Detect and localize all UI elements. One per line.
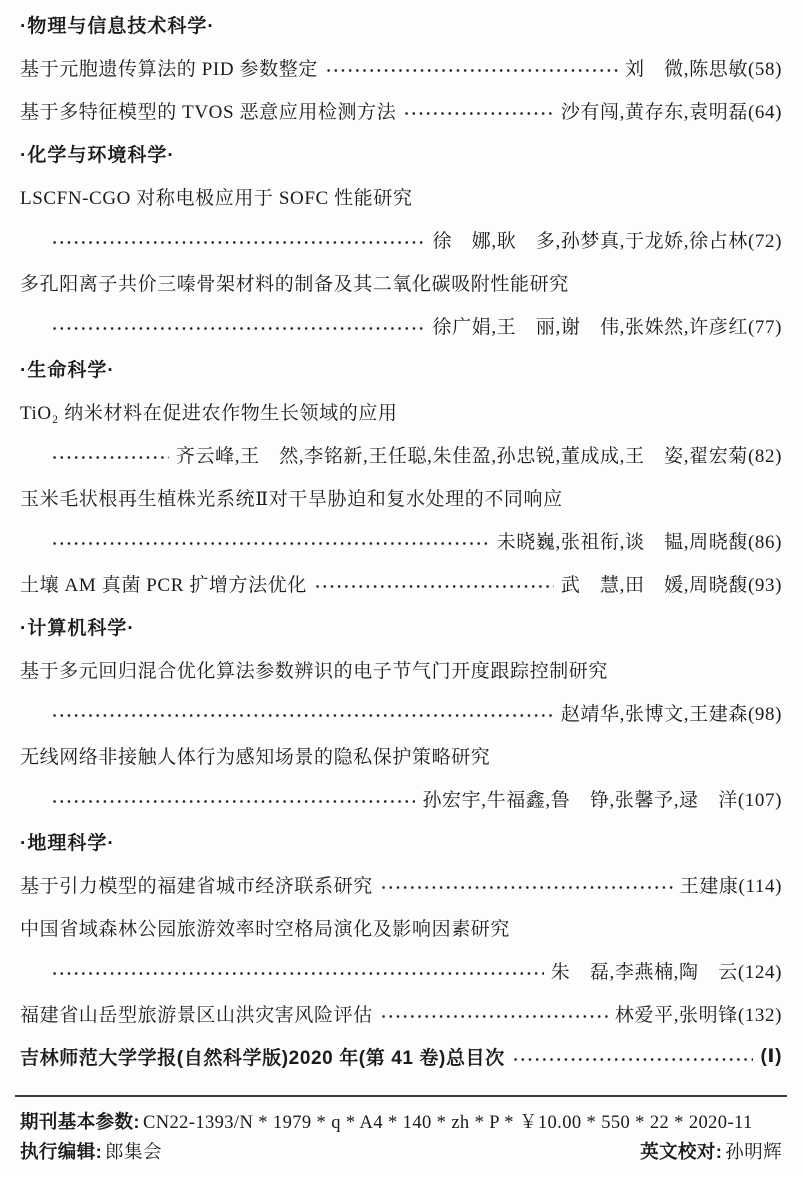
article-page-number: (64) — [748, 102, 782, 123]
section-chemistry-environment: ·化学与环境科学· — [20, 132, 782, 175]
article-title: 基于引力模型的福建省城市经济联系研究 — [20, 871, 373, 898]
editors-line: 执行编辑: 郎集会 英文校对: 孙明辉 — [20, 1136, 782, 1166]
article-byline: 林爱平,张明锋(132) — [615, 1000, 782, 1027]
article-authors: 刘 微,陈思敏 — [625, 59, 748, 80]
article-title: 玉米毛状根再生植株光系统Ⅱ对干旱胁迫和复水处理的不同响应 — [20, 484, 563, 511]
section-physics-info-tech: ·物理与信息技术科学· — [20, 3, 782, 46]
dot-leader — [51, 799, 415, 804]
journal-toc-page: ·物理与信息技术科学· 基于元胞遗传算法的 PID 参数整定 刘 微,陈思敏(5… — [0, 0, 802, 1166]
toc-entry-continuation: 徐广娟,王 丽,谢 伟,张姝然,许彦红(77) — [20, 304, 782, 347]
article-byline: 武 慧,田 媛,周晓馥(93) — [561, 570, 782, 597]
toc-entry: 福建省山岳型旅游景区山洪灾害风险评估 林爱平,张明锋(132) — [20, 992, 782, 1035]
article-authors: 未晓巍,张祖衔,谈 韫,周晓馥 — [497, 532, 748, 553]
article-title: 无线网络非接触人体行为感知场景的隐私保护策略研究 — [20, 742, 490, 769]
article-page-number: (124) — [738, 962, 782, 983]
article-authors: 徐 娜,耿 多,孙梦真,于龙娇,徐占林 — [433, 231, 748, 252]
article-title: 福建省山岳型旅游景区山洪灾害风险评估 — [20, 1000, 373, 1027]
article-authors: 林爱平,张明锋 — [615, 1005, 738, 1026]
toc-entry-continuation: 孙宏宇,牛福鑫,鲁 铮,张馨予,逯 洋(107) — [20, 777, 782, 820]
journal-params-line: 期刊基本参数: CN22-1393/N * 1979 * q * A4 * 14… — [20, 1106, 782, 1136]
english-proofreader-group: 英文校对: 孙明辉 — [640, 1138, 782, 1164]
article-title: TiO₂ 纳米材料在促进农作物生长领域的应用 — [20, 398, 398, 425]
section-life-science: ·生命科学· — [20, 347, 782, 390]
article-authors: 武 慧,田 媛,周晓馥 — [561, 575, 748, 596]
annual-toc-title: 吉林师范大学学报(自然科学版)2020 年(第 41 卷)总目次 — [20, 1043, 505, 1070]
article-authors: 徐广娟,王 丽,谢 伟,张姝然,许彦红 — [433, 317, 748, 338]
article-title: LSCFN-CGO 对称电极应用于 SOFC 性能研究 — [20, 183, 413, 210]
article-page-number: (77) — [748, 317, 782, 338]
toc-entry: 基于元胞遗传算法的 PID 参数整定 刘 微,陈思敏(58) — [20, 46, 782, 89]
english-proofreader-name: 孙明辉 — [725, 1138, 782, 1164]
toc-entry: 基于引力模型的福建省城市经济联系研究 王建康(114) — [20, 863, 782, 906]
dot-leader — [325, 68, 618, 73]
toc-entry: 土壤 AM 真菌 PCR 扩增方法优化 武 慧,田 媛,周晓馥(93) — [20, 562, 782, 605]
article-authors: 齐云峰,王 然,李铭新,王任聪,朱佳盈,孙忠锐,董成成,王 姿,翟宏菊 — [176, 446, 748, 467]
article-authors: 沙有闯,黄存东,袁明磊 — [561, 102, 748, 123]
article-byline: 刘 微,陈思敏(58) — [625, 54, 782, 81]
article-page-number: (86) — [748, 532, 782, 553]
journal-params-value: CN22-1393/N * 1979 * q * A4 * 140 * zh *… — [143, 1108, 753, 1134]
toc-entry-title: 中国省域森林公园旅游效率时空格局演化及影响因素研究 — [20, 906, 782, 949]
section-label: ·生命科学· — [20, 355, 115, 382]
section-computer-science: ·计算机科学· — [20, 605, 782, 648]
article-title: 基于元胞遗传算法的 PID 参数整定 — [20, 54, 318, 81]
article-authors: 朱 磊,李燕楠,陶 云 — [551, 962, 738, 983]
article-page-number: (114) — [739, 876, 782, 897]
section-label: ·化学与环境科学· — [20, 140, 175, 167]
article-page-number: (93) — [748, 575, 782, 596]
dot-leader — [51, 240, 426, 245]
section-label: ·计算机科学· — [20, 613, 135, 640]
executive-editor-label: 执行编辑: — [20, 1138, 102, 1164]
toc-entry-title: 基于多元回归混合优化算法参数辨识的电子节气门开度跟踪控制研究 — [20, 648, 782, 691]
article-byline: 赵靖华,张博文,王建森(98) — [561, 699, 782, 726]
article-page-number: (107) — [738, 790, 782, 811]
toc-entry-continuation: 朱 磊,李燕楠,陶 云(124) — [20, 949, 782, 992]
dot-leader — [314, 584, 554, 589]
annual-toc-entry: 吉林师范大学学报(自然科学版)2020 年(第 41 卷)总目次 (Ⅰ) — [20, 1035, 782, 1078]
article-authors: 赵靖华,张博文,王建森 — [561, 704, 748, 725]
toc-entry-title: LSCFN-CGO 对称电极应用于 SOFC 性能研究 — [20, 175, 782, 218]
toc-entry-title: TiO₂ 纳米材料在促进农作物生长领域的应用 — [20, 390, 782, 433]
article-page-number: (132) — [738, 1005, 782, 1026]
executive-editor-name: 郎集会 — [105, 1138, 162, 1164]
dot-leader — [51, 971, 544, 976]
article-authors: 孙宏宇,牛福鑫,鲁 铮,张馨予,逯 洋 — [422, 790, 737, 811]
annual-toc-page-number: (Ⅰ) — [760, 1045, 782, 1068]
article-page-number: (98) — [748, 704, 782, 725]
toc-entry-continuation: 赵靖华,张博文,王建森(98) — [20, 691, 782, 734]
section-label: ·物理与信息技术科学· — [20, 11, 215, 38]
dot-leader — [380, 1014, 608, 1019]
toc-entry: 基于多特征模型的 TVOS 恶意应用检测方法 沙有闯,黄存东,袁明磊(64) — [20, 89, 782, 132]
article-title: 中国省域森林公园旅游效率时空格局演化及影响因素研究 — [20, 914, 510, 941]
executive-editor-group: 执行编辑: 郎集会 — [20, 1138, 162, 1164]
section-geography: ·地理科学· — [20, 820, 782, 863]
toc-entry-continuation: 未晓巍,张祖衔,谈 韫,周晓馥(86) — [20, 519, 782, 562]
dot-leader — [512, 1057, 754, 1062]
dot-leader — [51, 326, 426, 331]
section-label: ·地理科学· — [20, 828, 115, 855]
article-byline: 沙有闯,黄存东,袁明磊(64) — [561, 97, 782, 124]
article-title: 多孔阳离子共价三嗪骨架材料的制备及其二氧化碳吸附性能研究 — [20, 269, 569, 296]
article-byline: 未晓巍,张祖衔,谈 韫,周晓馥(86) — [497, 527, 782, 554]
article-byline: 朱 磊,李燕楠,陶 云(124) — [551, 957, 782, 984]
toc-entry-continuation: 徐 娜,耿 多,孙梦真,于龙娇,徐占林(72) — [20, 218, 782, 261]
article-page-number: (58) — [748, 59, 782, 80]
article-byline: 王建康(114) — [680, 871, 782, 898]
dot-leader — [51, 713, 554, 718]
article-byline: 齐云峰,王 然,李铭新,王任聪,朱佳盈,孙忠锐,董成成,王 姿,翟宏菊(82) — [176, 441, 782, 468]
article-page-number: (82) — [748, 446, 782, 467]
toc-entry-continuation: 齐云峰,王 然,李铭新,王任聪,朱佳盈,孙忠锐,董成成,王 姿,翟宏菊(82) — [20, 433, 782, 476]
article-page-number: (72) — [748, 231, 782, 252]
article-title: 基于多特征模型的 TVOS 恶意应用检测方法 — [20, 97, 396, 124]
article-byline: 孙宏宇,牛福鑫,鲁 铮,张馨予,逯 洋(107) — [422, 785, 782, 812]
article-byline: 徐广娟,王 丽,谢 伟,张姝然,许彦红(77) — [433, 312, 782, 339]
article-authors: 王建康 — [680, 876, 739, 897]
journal-params-label: 期刊基本参数: — [20, 1108, 140, 1134]
toc-entry-title: 多孔阳离子共价三嗪骨架材料的制备及其二氧化碳吸附性能研究 — [20, 261, 782, 304]
dot-leader — [51, 541, 490, 546]
toc-entry-title: 玉米毛状根再生植株光系统Ⅱ对干旱胁迫和复水处理的不同响应 — [20, 476, 782, 519]
toc-entry-title: 无线网络非接触人体行为感知场景的隐私保护策略研究 — [20, 734, 782, 777]
footer-divider — [15, 1095, 787, 1097]
article-byline: 徐 娜,耿 多,孙梦真,于龙娇,徐占林(72) — [433, 226, 782, 253]
article-title: 土壤 AM 真菌 PCR 扩增方法优化 — [20, 570, 307, 597]
dot-leader — [51, 455, 169, 460]
english-proofreader-label: 英文校对: — [640, 1138, 722, 1164]
article-title: 基于多元回归混合优化算法参数辨识的电子节气门开度跟踪控制研究 — [20, 656, 608, 683]
dot-leader — [380, 885, 673, 890]
dot-leader — [403, 111, 554, 116]
